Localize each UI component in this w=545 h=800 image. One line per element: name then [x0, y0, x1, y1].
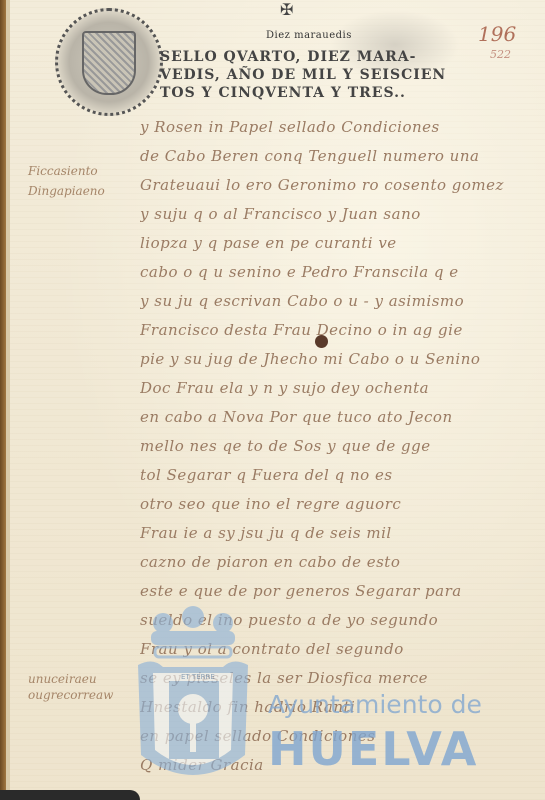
body-line: Doc Frau ela y n y sujo dey ochenta [140, 379, 540, 408]
margin-note: Ficcasiento [28, 164, 98, 178]
coat-of-arms-icon [82, 31, 136, 95]
royal-seal [55, 8, 163, 116]
cross-icon: ✠ [280, 0, 293, 19]
body-line: y suju q o al Francisco y Juan sano [140, 205, 540, 234]
body-line: pie y su jug de Jhecho mi Cabo o u Senin… [140, 350, 540, 379]
folio-number: 196 [478, 22, 516, 46]
body-line: mello nes qe to de Sos y que de gge [140, 437, 540, 466]
page-edge [6, 0, 10, 800]
body-line: liopza y q pase en pe curanti ve [140, 234, 540, 263]
huelva-coat-of-arms-icon: ET TERRE [133, 605, 253, 790]
scan-shadow [0, 790, 140, 800]
ink-blot [315, 335, 328, 348]
folio-secondary: 522 [490, 48, 511, 61]
body-line: y su ju q escrivan Cabo o u - y asimismo [140, 292, 540, 321]
body-line: tol Segarar q Fuera del q no es [140, 466, 540, 495]
margin-note: Dingapiaeno [28, 184, 105, 198]
document-page: ✠ Diez marauedis SELLO QVARTO, DIEZ MARA… [0, 0, 545, 800]
watermark-huelva: HUELVA [268, 722, 478, 776]
margin-note: unuceiraeu [28, 672, 97, 686]
body-line: y Rosen in Papel sellado Condiciones [140, 118, 540, 147]
body-line: Frau ie a sy jsu ju q de seis mil [140, 524, 540, 553]
body-line: Grateuaui lo ero Geronimo ro cosento gom… [140, 176, 540, 205]
stamp-value: Diez marauedis [266, 30, 352, 41]
watermark-ayuntamiento: Ayuntamiento de [268, 690, 482, 719]
body-line: de Cabo Beren conq Tenguell numero una [140, 147, 540, 176]
stamp-header: SELLO QVARTO, DIEZ MARA-VEDIS, AÑO DE MI… [160, 48, 460, 102]
margin-note: ougrecorreaw [28, 688, 113, 702]
body-line: otro seo que ino el regre aguorc [140, 495, 540, 524]
body-line: cazno de piaron en cabo de esto [140, 553, 540, 582]
body-line: en cabo a Nova Por que tuco ato Jecon [140, 408, 540, 437]
body-line: cabo o q u senino e Pedro Franscila q e [140, 263, 540, 292]
wm-motto-top: ET TERRE [181, 673, 215, 681]
body-line: Francisco desta Frau Decino o in ag gie [140, 321, 540, 350]
